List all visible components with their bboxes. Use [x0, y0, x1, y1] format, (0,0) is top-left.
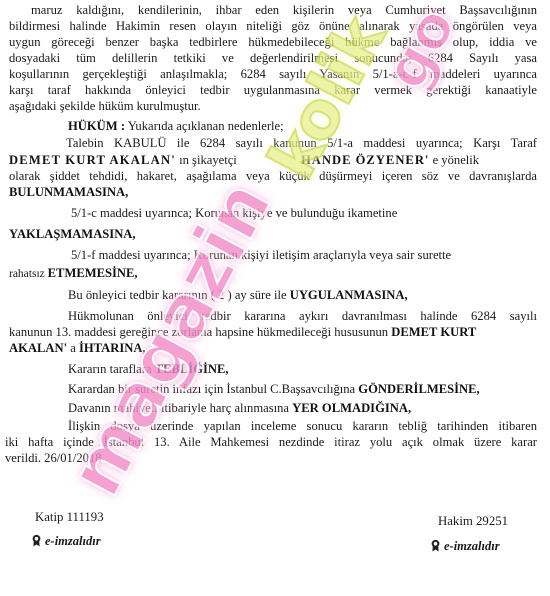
intro-line: maruz kaldığını, kendilerinin, ihbar ede… [31, 2, 537, 18]
judge-esign: e-imzalıdır [431, 538, 500, 554]
p6-text: Kararın taraflara [68, 362, 155, 376]
p1-mid: ın şikayetçi [176, 153, 237, 167]
p9-line3: verildi. 26/01/2018 [5, 450, 102, 466]
p4-verdict: UYGULANMASINA, [290, 288, 408, 302]
intro-line: dosyadaki tüm delillerin tetkiki ve değe… [9, 50, 537, 66]
p5-line2: kanunun 13. maddesi gereğince zorlama ha… [9, 324, 537, 340]
intro-line: bildirmesi halinde Hakimin resen olayın … [9, 18, 537, 34]
court-decision-page: maruz kaldığını, kendilerinin, ihbar ede… [0, 0, 550, 596]
p1-line2: DEMET KURT AKALAN' ın şikayetçi HANDE ÖZ… [9, 152, 537, 168]
p5-line1: Hükmolunan önleyici tedbir kararına aykı… [68, 308, 537, 324]
p5-mid: a [67, 341, 79, 355]
intro-line: aşağıdaki şekilde hüküm kurulmuştur. [9, 98, 201, 114]
p8-verdict: YER OLMADIĞINA, [292, 401, 411, 415]
p5-verdict: İHTARINA, [79, 341, 146, 355]
p1-line1: Talebin KABULÜ ile 6284 sayılı kanunun 5… [66, 135, 537, 151]
p3-line2: rahatsız ETMEMESİNE, [9, 265, 138, 282]
seal-icon [32, 534, 41, 547]
p7-text: Karardan bir suretin infazı için İstanbu… [68, 382, 358, 396]
hukum-label: HÜKÜM : [68, 119, 125, 133]
p3-verdict: ETMEMESİNE, [48, 266, 138, 280]
p5-party-cont: AKALAN' [9, 341, 67, 355]
p6-line: Kararın taraflara TEBLİĞİNE, [68, 361, 229, 377]
p2-line1: 5/1-c maddesi uyarınca; Korunan kişiye v… [71, 205, 397, 221]
intro-line: karşı taraf hakkında önleyici tedbir uyg… [9, 82, 537, 98]
seal-icon [431, 539, 440, 552]
p2-verdict: YAKLAŞMAMASINA, [9, 226, 136, 242]
p7-verdict: GÖNDERİLMESİNE, [358, 382, 479, 396]
judge-signature-label: Hakim 29251 [438, 513, 508, 529]
p8-line: Davanın mahiyeti itibariyle harç alınmas… [68, 400, 411, 416]
p1-line3: olarak şiddet tehdidi, hakaret, aşağılam… [9, 168, 537, 184]
p4-text: Bu önleyici tedbir kararının ( 2 ) ay sü… [68, 288, 290, 302]
p3-line1: 5/1-f maddesi uyarınca; Korunan kişiyi i… [71, 247, 451, 263]
p8-text: Davanın mahiyeti itibariyle harç alınmas… [68, 401, 292, 415]
p9-line1: İlişkin dosya üzerinde yapılan inceleme … [68, 418, 537, 434]
clerk-esign: e-imzalıdır [32, 533, 101, 549]
p3-prefix: rahatsız [9, 268, 48, 280]
clerk-signature-label: Katip 111193 [35, 509, 104, 525]
p5-party: DEMET KURT [391, 325, 476, 339]
p4-line: Bu önleyici tedbir kararının ( 2 ) ay sü… [68, 287, 408, 303]
intro-line: koşullarının gerçekleştiği anlaşılmakla;… [9, 66, 537, 82]
intro-line: uygun göreceği benzer başka tedbirlere h… [9, 34, 537, 50]
party-complainant: HANDE ÖZYENER' [301, 153, 429, 167]
p6-verdict: TEBLİĞİNE, [155, 362, 229, 376]
p1-end: e yönelik [429, 153, 479, 167]
p7-line: Karardan bir suretin infazı için İstanbu… [68, 381, 480, 397]
p1-verdict: BULUNMAMASINA, [9, 184, 128, 200]
p5-text: kanunun 13. maddesi gereğince zorlama ha… [9, 325, 391, 339]
p9-line2: iki hafta içinde İstanbul 13. Aile Mahke… [5, 434, 537, 450]
party-defendant: DEMET KURT AKALAN' [9, 153, 176, 167]
hukum-heading: HÜKÜM : Yukarıda açıklanan nedenlerle; [68, 118, 284, 134]
p5-line3: AKALAN' a İHTARINA, [9, 340, 146, 356]
hukum-text: Yukarıda açıklanan nedenlerle; [125, 119, 284, 133]
